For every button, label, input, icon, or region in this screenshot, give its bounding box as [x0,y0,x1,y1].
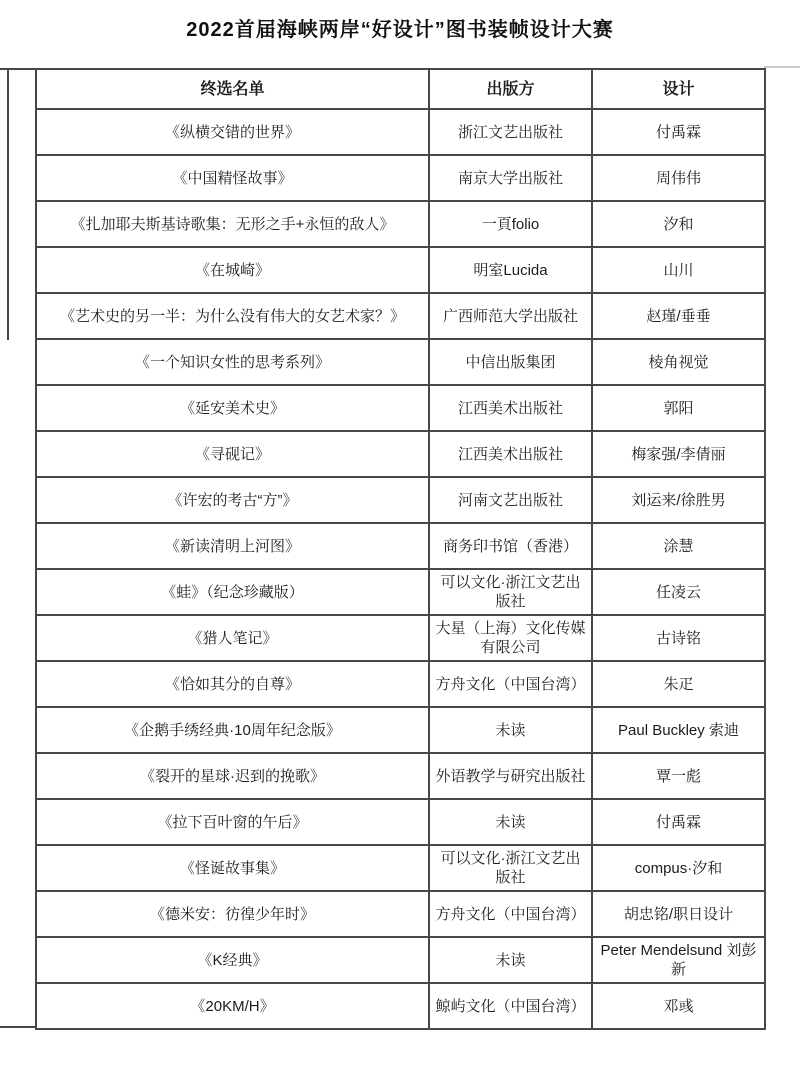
publisher-cell: 可以文化·浙江文艺出版社 [429,569,592,615]
column-header-design: 设计 [592,69,765,109]
designer-cell: compus·汐和 [592,845,765,891]
book-title-cell: 《K经典》 [36,937,429,983]
table-row: 《怪诞故事集》可以文化·浙江文艺出版社compus·汐和 [36,845,765,891]
table-row: 《艺术史的另一半：为什么没有伟大的女艺术家？》广西师范大学出版社赵瑾/垂垂 [36,293,765,339]
book-title-cell: 《许宏的考古“方”》 [36,477,429,523]
book-title-cell: 《蛙》（纪念珍藏版） [36,569,429,615]
publisher-cell: 明室Lucida [429,247,592,293]
publisher-cell: 未读 [429,707,592,753]
book-title-cell: 《中国精怪故事》 [36,155,429,201]
table-row: 《寻砚记》江西美术出版社梅家强/李倩丽 [36,431,765,477]
table-row: 《中国精怪故事》南京大学出版社周伟伟 [36,155,765,201]
table-row: 《裂开的星球·迟到的挽歌》外语教学与研究出版社覃一彪 [36,753,765,799]
table-row: 《延安美术史》江西美术出版社郭阳 [36,385,765,431]
designer-cell: 周伟伟 [592,155,765,201]
designer-cell: 朱疋 [592,661,765,707]
publisher-cell: 河南文艺出版社 [429,477,592,523]
book-title-cell: 《艺术史的另一半：为什么没有伟大的女艺术家？》 [36,293,429,339]
table-row: 《扎加耶夫斯基诗歌集：无形之手+永恒的敌人》一頁folio汐和 [36,201,765,247]
finalists-table: 终选名单 出版方 设计 《纵横交错的世界》浙江文艺出版社付禹霖《中国精怪故事》南… [35,68,766,1030]
publisher-cell: 未读 [429,799,592,845]
table-top-edge-extension [0,68,37,70]
designer-cell: 赵瑾/垂垂 [592,293,765,339]
designer-cell: Peter Mendelsund 刘彭新 [592,937,765,983]
designer-cell: 汐和 [592,201,765,247]
designer-cell: 付禹霖 [592,799,765,845]
table-row: 《新读清明上河图》商务印书馆（香港）涂慧 [36,523,765,569]
designer-cell: 刘运来/徐胜男 [592,477,765,523]
publisher-cell: 一頁folio [429,201,592,247]
designer-cell: 古诗铭 [592,615,765,661]
book-title-cell: 《企鹅手绣经典·10周年纪念版》 [36,707,429,753]
table-bottom-edge-extension [0,1026,37,1028]
publisher-cell: 浙江文艺出版社 [429,109,592,155]
table-row: 《20KM/H》鲸屿文化（中国台湾）邓彧 [36,983,765,1029]
publisher-cell: 商务印书馆（香港） [429,523,592,569]
publisher-cell: 江西美术出版社 [429,431,592,477]
table-row: 《在城崎》明室Lucida山川 [36,247,765,293]
publisher-cell: 鲸屿文化（中国台湾） [429,983,592,1029]
book-title-cell: 《寻砚记》 [36,431,429,477]
book-title-cell: 《恰如其分的自尊》 [36,661,429,707]
page-title: 2022首届海峡两岸“好设计”图书装帧设计大赛 [0,13,800,42]
table-row: 《拉下百叶窗的午后》未读付禹霖 [36,799,765,845]
publisher-cell: 可以文化·浙江文艺出版社 [429,845,592,891]
table-row: 《许宏的考古“方”》河南文艺出版社刘运来/徐胜男 [36,477,765,523]
publisher-cell: 外语教学与研究出版社 [429,753,592,799]
publisher-cell: 未读 [429,937,592,983]
book-title-cell: 《在城崎》 [36,247,429,293]
table-row: 《蛙》（纪念珍藏版）可以文化·浙江文艺出版社任凌云 [36,569,765,615]
table-top-right-faint-line [764,66,800,68]
publisher-cell: 江西美术出版社 [429,385,592,431]
book-title-cell: 《扎加耶夫斯基诗歌集：无形之手+永恒的敌人》 [36,201,429,247]
book-title-cell: 《怪诞故事集》 [36,845,429,891]
table-row: 《恰如其分的自尊》方舟文化（中国台湾）朱疋 [36,661,765,707]
designer-cell: Paul Buckley 索迪 [592,707,765,753]
book-title-cell: 《裂开的星球·迟到的挽歌》 [36,753,429,799]
book-title-cell: 《纵横交错的世界》 [36,109,429,155]
table-header-row: 终选名单 出版方 设计 [36,69,765,109]
book-title-cell: 《拉下百叶窗的午后》 [36,799,429,845]
designer-cell: 付禹霖 [592,109,765,155]
book-title-cell: 《延安美术史》 [36,385,429,431]
table-row: 《纵横交错的世界》浙江文艺出版社付禹霖 [36,109,765,155]
table-row: 《一个知识女性的思考系列》中信出版集团棱角视觉 [36,339,765,385]
book-title-cell: 《德米安：彷徨少年时》 [36,891,429,937]
publisher-cell: 大星（上海）文化传媒有限公司 [429,615,592,661]
designer-cell: 覃一彪 [592,753,765,799]
column-header-publisher: 出版方 [429,69,592,109]
publisher-cell: 南京大学出版社 [429,155,592,201]
designer-cell: 涂慧 [592,523,765,569]
publisher-cell: 中信出版集团 [429,339,592,385]
book-title-cell: 《一个知识女性的思考系列》 [36,339,429,385]
scanned-document-page: 2022首届海峡两岸“好设计”图书装帧设计大赛 终选名单 出版方 设计 《纵横交… [0,0,800,1067]
designer-cell: 山川 [592,247,765,293]
publisher-cell: 方舟文化（中国台湾） [429,891,592,937]
column-header-finalist-list: 终选名单 [36,69,429,109]
designer-cell: 梅家强/李倩丽 [592,431,765,477]
table-row: 《K经典》未读Peter Mendelsund 刘彭新 [36,937,765,983]
table-left-partial-border [7,68,9,340]
designer-cell: 任凌云 [592,569,765,615]
table-row: 《猎人笔记》大星（上海）文化传媒有限公司古诗铭 [36,615,765,661]
book-title-cell: 《猎人笔记》 [36,615,429,661]
book-title-cell: 《20KM/H》 [36,983,429,1029]
publisher-cell: 方舟文化（中国台湾） [429,661,592,707]
table-body: 《纵横交错的世界》浙江文艺出版社付禹霖《中国精怪故事》南京大学出版社周伟伟《扎加… [36,109,765,1029]
designer-cell: 郭阳 [592,385,765,431]
table-row: 《企鹅手绣经典·10周年纪念版》未读Paul Buckley 索迪 [36,707,765,753]
designer-cell: 胡忠铭/职日设计 [592,891,765,937]
designer-cell: 棱角视觉 [592,339,765,385]
publisher-cell: 广西师范大学出版社 [429,293,592,339]
designer-cell: 邓彧 [592,983,765,1029]
book-title-cell: 《新读清明上河图》 [36,523,429,569]
table-row: 《德米安：彷徨少年时》方舟文化（中国台湾）胡忠铭/职日设计 [36,891,765,937]
